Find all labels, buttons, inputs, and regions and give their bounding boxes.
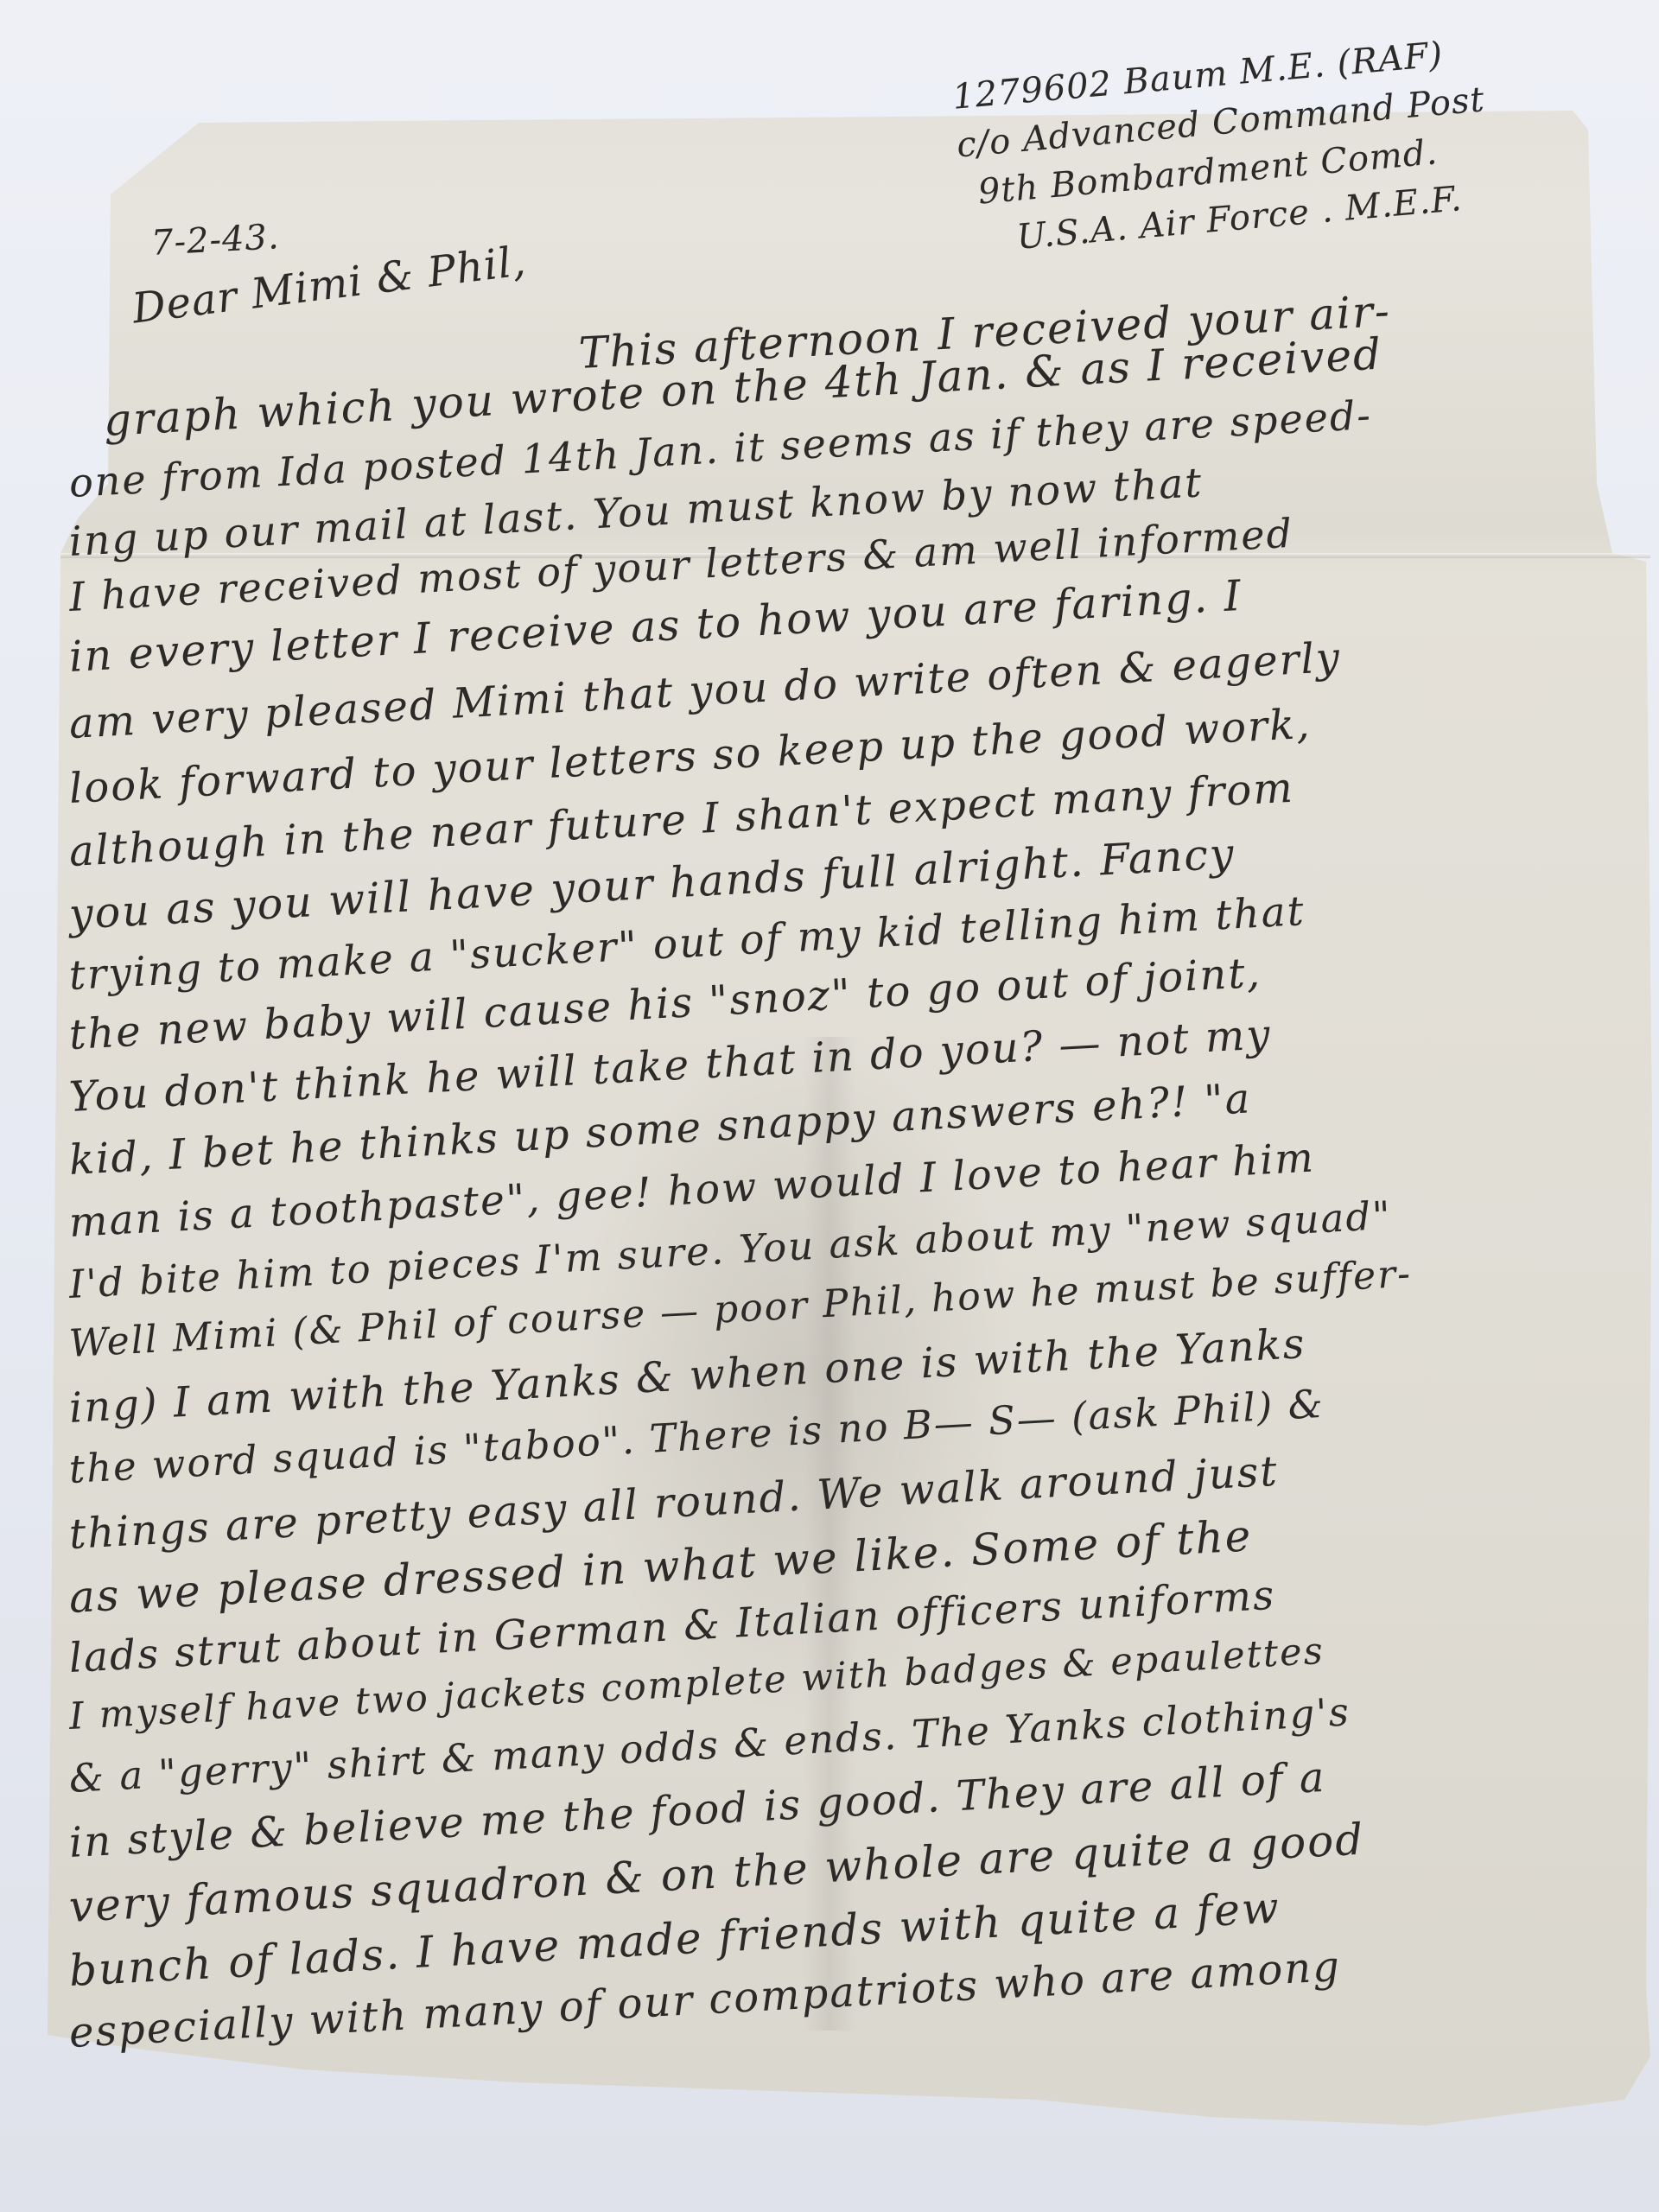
photo-scene: 1279602 Baum M.E. (RAF) c/o Advanced Com… — [0, 0, 1659, 2212]
letter-date: 7-2-43. — [150, 217, 281, 264]
